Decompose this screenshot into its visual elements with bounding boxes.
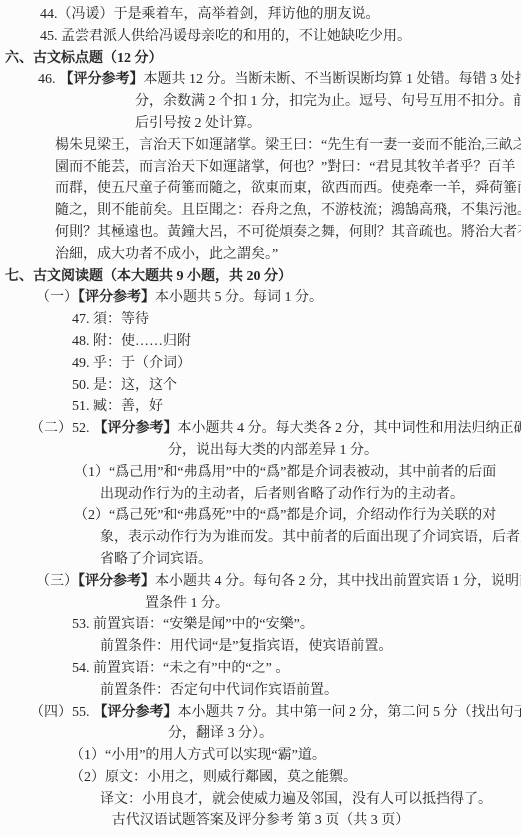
item46-number: 46. xyxy=(38,72,56,87)
part4-intro-line-2: 分，翻译 3 分）。 xyxy=(0,723,521,745)
word-answer-50: 50. 是：这，这个 xyxy=(0,375,521,397)
passage-line-3: 而群，使五尺童子荷箠而隨之，欲東而東，欲西而西。使堯牽一羊，舜荷箠而 xyxy=(0,178,521,200)
answer55-original-line: （2）原文：小用之，则威行鄰國，莫之能禦。 xyxy=(0,767,521,789)
part3-number: （三） xyxy=(36,574,78,589)
answer52-sub2-line-2: 象，表示动作行为为谁而发。其中前者的后面出现了介词宾语，后者则 xyxy=(0,527,521,549)
answer54-condition-line: 前置条件：否定句中代词作宾语前置。 xyxy=(0,680,521,702)
section7-heading: 七、古文阅读题（本大题共 9 小题，共 20 分） xyxy=(0,266,521,288)
part3-intro-line-1: （三）【评分参考】本小题共 4 分。每句各 2 分，其中找出前置宾语 1 分，说… xyxy=(0,571,521,593)
answer52-sub2-line-1: （2）“爲己死”和“弗爲死”中的“爲”都是介词，介绍动作行为关联的对 xyxy=(0,505,521,527)
score-reference-label: 【评分参考】 xyxy=(78,574,155,589)
page-footer: 古代汉语试题答案及评分参考 第 3 页（共 3 页） xyxy=(0,810,521,832)
passage-line-5: 何則？其極遠也。黃鐘大呂，不可從煩奏之舞，何則？其音疏也。將治大者不 xyxy=(0,222,521,244)
score-reference-label: 【评分参考】 xyxy=(94,705,178,720)
word-answer-48: 48. 附：使……归附 xyxy=(0,331,521,353)
translation-line-45: 45. 孟尝君派人供给冯谖母亲吃的和用的，不让她缺吃少用。 xyxy=(0,26,521,48)
score-reference-label: 【评分参考】 xyxy=(78,290,155,305)
part4-number: （四）55. xyxy=(30,705,90,720)
section6-heading: 六、古文标点题（12 分） xyxy=(0,48,521,70)
item46-line-2: 分，余数满 2 个扣 1 分，扣完为止。逗号、句号互用不扣分。前 xyxy=(0,91,521,113)
score-reference-label: 【评分参考】 xyxy=(94,421,178,436)
answer53-condition-line: 前置条件：用代词“是”复指宾语，使宾语前置。 xyxy=(0,636,521,658)
translation-line-44: 44.（冯谖）于是乘着车，高举着剑，拜访他的朋友说。 xyxy=(0,4,521,26)
passage-line-4: 隨之，則不能前矣。且臣聞之：吞舟之魚，不游枝流；鴻鵠高飛，不集污池。 xyxy=(0,200,521,222)
passage-line-1: 楊朱見梁王，言治天下如運諸掌。梁王曰：“先生有一妻一妾而不能治,三畝之 xyxy=(0,135,521,157)
part1-number: （一） xyxy=(36,290,78,305)
part4-intro-line-1: （四）55.【评分参考】本小题共 7 分。其中第一问 2 分，第二问 5 分（找… xyxy=(0,702,521,724)
part4-intro-text: 本小题共 7 分。其中第一问 2 分，第二问 5 分（找出句子 2 xyxy=(178,705,521,720)
part1-intro-text: 本小题共 5 分。每词 1 分。 xyxy=(155,290,323,305)
part3-intro-line-2: 置条件 1 分。 xyxy=(0,593,521,615)
exam-answer-sheet-page: 44.（冯谖）于是乘着车，高举着剑，拜访他的朋友说。 45. 孟尝君派人供给冯谖… xyxy=(0,0,521,836)
item46-line-3: 后引号按 2 处计算。 xyxy=(0,113,521,135)
answer53-object-line: 53. 前置宾语：“安樂是闻”中的“安樂”。 xyxy=(0,614,521,636)
answer52-sub1-line-2: 出现动作行为的主动者，后者则省略了动作行为的主动者。 xyxy=(0,484,521,506)
answer55-translation-line: 译文：小用良才，就会使威力遍及邻国，没有人可以抵挡得了。 xyxy=(0,789,521,811)
part2-intro-line-2: 分，说出每大类的内部差异 1 分。 xyxy=(0,440,521,462)
item46-text: 本题共 12 分。当断未断、不当断误断均算 1 处错。每错 3 处扣 1 xyxy=(144,72,521,87)
part3-intro-text: 本小题共 4 分。每句各 2 分，其中找出前置宾语 1 分，说明前 xyxy=(155,574,521,589)
answer55-sub1-line: （1）“小用”的用人方式可以实现“霸”道。 xyxy=(0,745,521,767)
score-reference-label: 【评分参考】 xyxy=(60,72,144,87)
part2-intro-text: 本小题共 4 分。每大类各 2 分，其中词性和用法归纳正确 1 xyxy=(178,421,521,436)
part2-number: （二）52. xyxy=(30,421,90,436)
word-answer-47: 47. 須：等待 xyxy=(0,309,521,331)
word-answer-49: 49. 乎：于（介词） xyxy=(0,353,521,375)
word-answer-51: 51. 臧：善，好 xyxy=(0,396,521,418)
part2-intro-line-1: （二）52.【评分参考】本小题共 4 分。每大类各 2 分，其中词性和用法归纳正… xyxy=(0,418,521,440)
passage-line-6: 治細，成大功者不成小，此之謂矣。” xyxy=(0,244,521,266)
part1-intro-line: （一）【评分参考】本小题共 5 分。每词 1 分。 xyxy=(0,287,521,309)
answer52-sub1-line-1: （1）“爲己用”和“弗爲用”中的“爲”都是介词表被动，其中前者的后面 xyxy=(0,462,521,484)
answer52-sub2-line-3: 省略了介词宾语。 xyxy=(0,549,521,571)
passage-line-2: 園而不能芸，而言治天下如運諸掌，何也？”對曰：“君見其牧羊者乎？百羊 xyxy=(0,157,521,179)
answer54-object-line: 54. 前置宾语：“未之有”中的“之” 。 xyxy=(0,658,521,680)
item46-line-1: 46.【评分参考】本题共 12 分。当断未断、不当断误断均算 1 处错。每错 3… xyxy=(0,69,521,91)
